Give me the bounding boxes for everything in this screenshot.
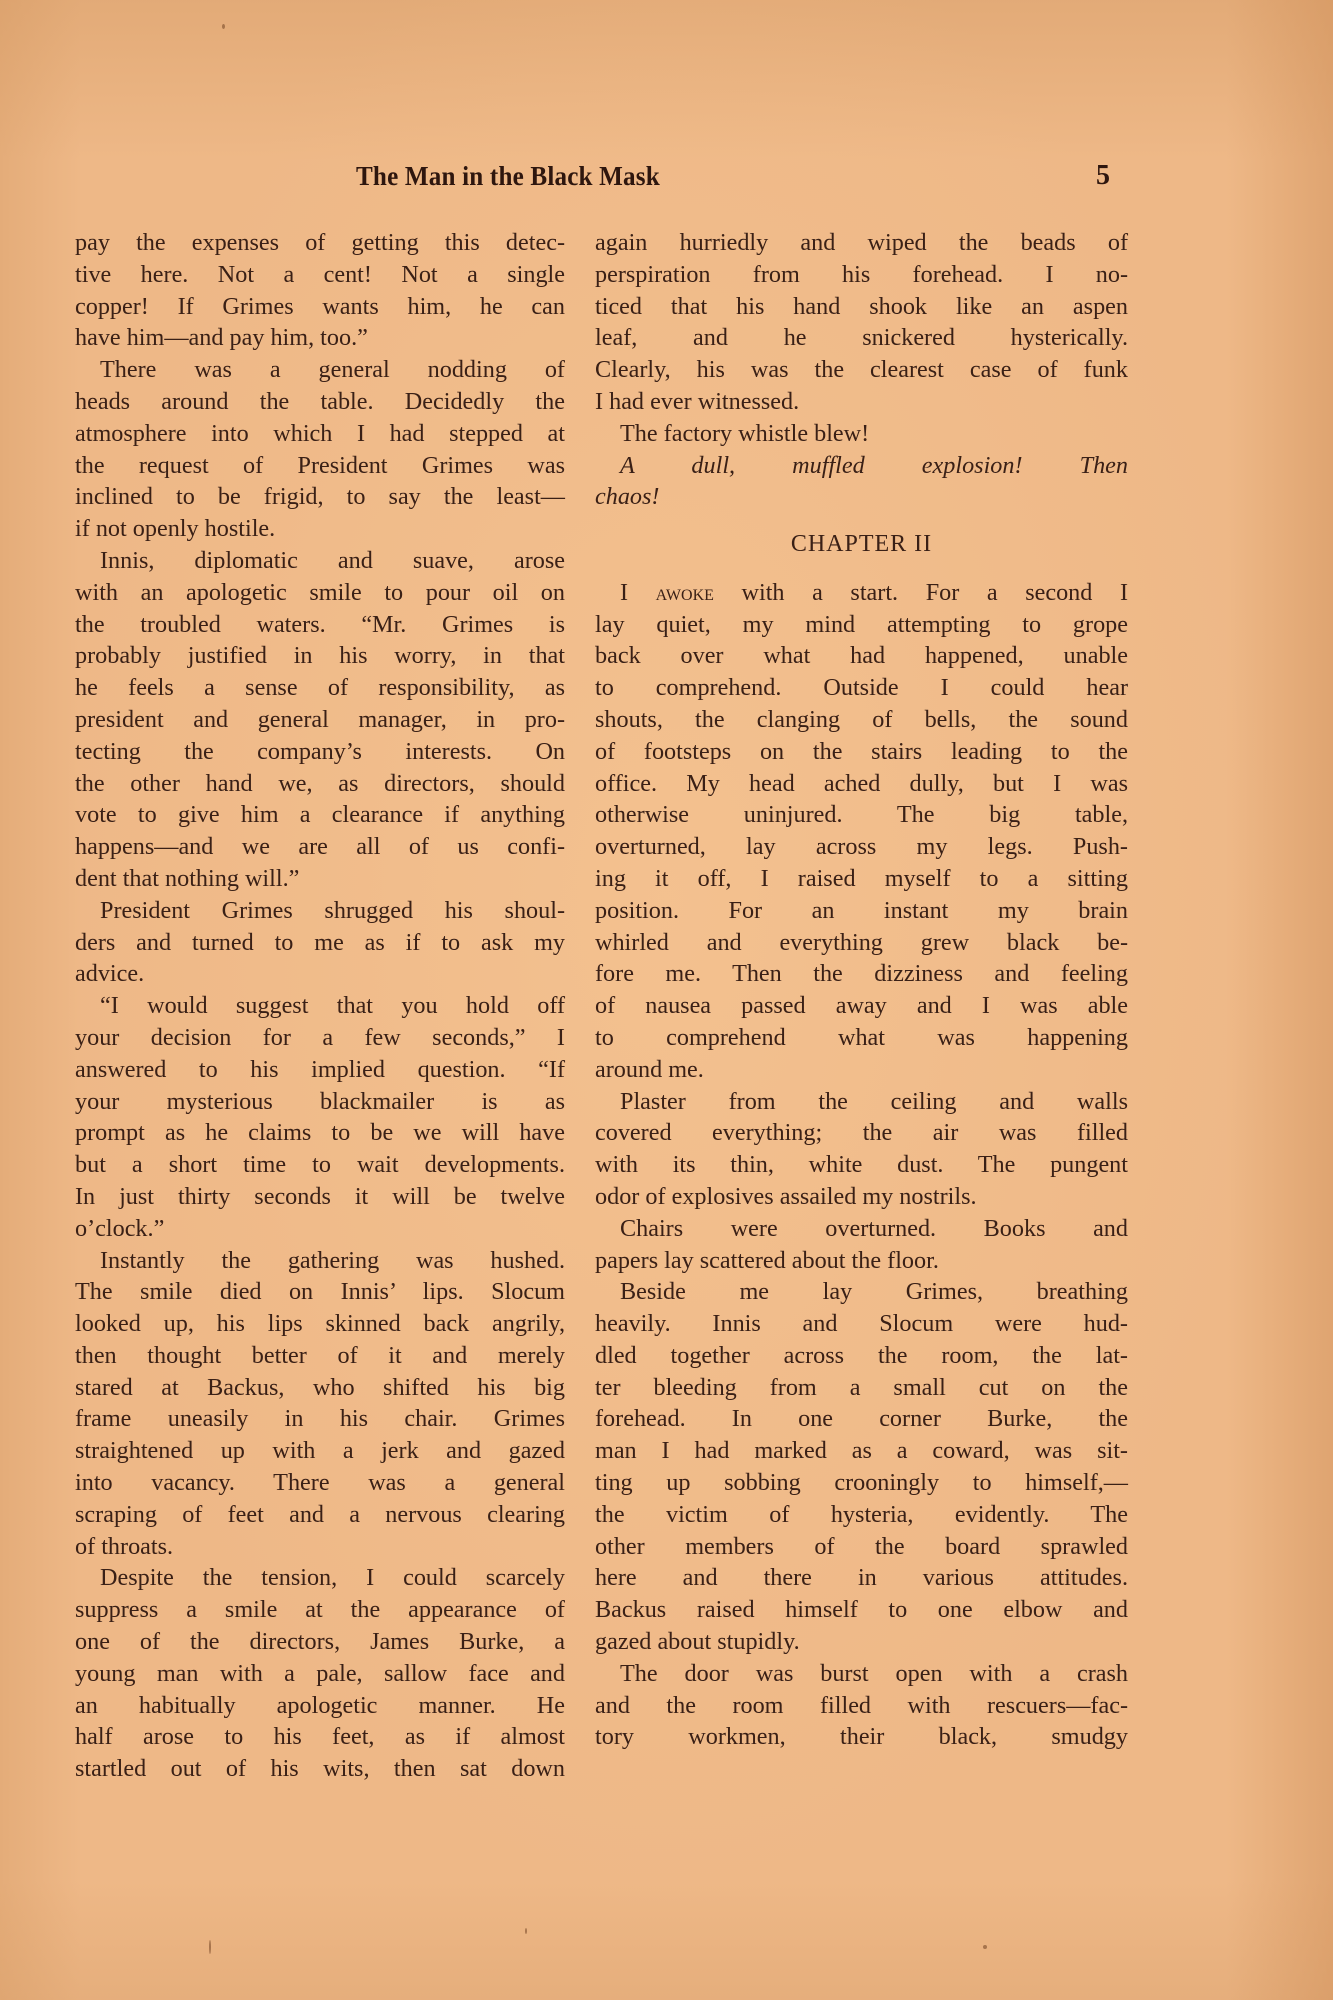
text-line: perspiration from his forehead. I no- (595, 259, 1128, 291)
text-line: The factory whistle blew! (595, 418, 1128, 450)
text-line: happens—and we are all of us confi- (75, 831, 565, 863)
text-line: chaos! (595, 481, 1128, 513)
text-line: to comprehend what was happening (595, 1022, 1128, 1054)
text-line: ting up sobbing crooningly to himself,— (595, 1467, 1128, 1499)
text-line: straightened up with a jerk and gazed (75, 1435, 565, 1467)
text-line: o’clock.” (75, 1213, 565, 1245)
text-line: Innis, diplomatic and suave, arose (75, 545, 565, 577)
text-line: again hurriedly and wiped the beads of (595, 227, 1128, 259)
text-line: back over what had happened, unable (595, 640, 1128, 672)
text-line: into vacancy. There was a general (75, 1467, 565, 1499)
text-line: Despite the tension, I could scarcely (75, 1562, 565, 1594)
text-line: overturned, lay across my legs. Push- (595, 831, 1128, 863)
text-line: position. For an instant my brain (595, 895, 1128, 927)
text-line: prompt as he claims to be we will have (75, 1117, 565, 1149)
text-line: but a short time to wait developments. (75, 1149, 565, 1181)
text-line: your mysterious blackmailer is as (75, 1086, 565, 1118)
text-line: around me. (595, 1054, 1128, 1086)
text-line: if not openly hostile. (75, 513, 565, 545)
text-line: A dull, muffled explosion! Then (595, 450, 1128, 482)
text-line: copper! If Grimes wants him, he can (75, 291, 565, 323)
text-line: scraping of feet and a nervous clearing (75, 1499, 565, 1531)
right-column: again hurriedly and wiped the beads ofpe… (595, 227, 1128, 1753)
text-line: pay the expenses of getting this detec- (75, 227, 565, 259)
chapter-opening-line: I awoke with a start. For a second I (595, 577, 1128, 609)
text-line: frame uneasily in his chair. Grimes (75, 1403, 565, 1435)
text-line: heads around the table. Decidedly the (75, 386, 565, 418)
text-line: have him—and pay him, too.” (75, 322, 565, 354)
text-line: startled out of his wits, then sat down (75, 1753, 565, 1785)
text-line: with an apologetic smile to pour oil on (75, 577, 565, 609)
text-line: covered everything; the air was filled (595, 1117, 1128, 1149)
text-line: to comprehend. Outside I could hear (595, 672, 1128, 704)
text-line: and the room filled with rescuers—fac- (595, 1690, 1128, 1722)
chapter-opening-rest: with a start. For a second I (714, 579, 1128, 606)
text-line: with its thin, white dust. The pungent (595, 1149, 1128, 1181)
text-line: the victim of hysteria, evidently. The (595, 1499, 1128, 1531)
text-line: half arose to his feet, as if almost (75, 1721, 565, 1753)
text-line: ticed that his hand shook like an aspen (595, 291, 1128, 323)
text-line: atmosphere into which I had stepped at (75, 418, 565, 450)
text-line: advice. (75, 958, 565, 990)
text-line: heavily. Innis and Slocum were hud- (595, 1308, 1128, 1340)
text-line: your decision for a few seconds,” I (75, 1022, 565, 1054)
text-line: he feels a sense of responsibility, as (75, 672, 565, 704)
text-line: of nausea passed away and I was able (595, 990, 1128, 1022)
text-line: stared at Backus, who shifted his big (75, 1372, 565, 1404)
text-line: the request of President Grimes was (75, 450, 565, 482)
text-line: dled together across the room, the lat- (595, 1340, 1128, 1372)
text-line: Chairs were overturned. Books and (595, 1213, 1128, 1245)
text-line: Instantly the gathering was hushed. (75, 1245, 565, 1277)
text-line: inclined to be frigid, to say the least— (75, 481, 565, 513)
text-line: the other hand we, as directors, should (75, 768, 565, 800)
running-title: The Man in the Black Mask (356, 161, 660, 192)
text-line: ter bleeding from a small cut on the (595, 1372, 1128, 1404)
text-line: Beside me lay Grimes, breathing (595, 1276, 1128, 1308)
text-line: looked up, his lips skinned back angrily… (75, 1308, 565, 1340)
text-line: The smile died on Innis’ lips. Slocum (75, 1276, 565, 1308)
text-line: an habitually apologetic manner. He (75, 1690, 565, 1722)
text-line: of footsteps on the stairs leading to th… (595, 736, 1128, 768)
text-line: In just thirty seconds it will be twelve (75, 1181, 565, 1213)
paper-speck (983, 1945, 987, 1949)
text-line: tecting the company’s interests. On (75, 736, 565, 768)
text-line: forehead. In one corner Burke, the (595, 1403, 1128, 1435)
paper-speck (209, 1940, 211, 1954)
text-line: here and there in various attitudes. (595, 1562, 1128, 1594)
text-line: other members of the board sprawled (595, 1531, 1128, 1563)
text-line: fore me. Then the dizziness and feeling (595, 958, 1128, 990)
book-page: The Man in the Black Mask 5 pay the expe… (0, 0, 1333, 2000)
text-line: ing it off, I raised myself to a sitting (595, 863, 1128, 895)
text-line: Plaster from the ceiling and walls (595, 1086, 1128, 1118)
text-line: I had ever witnessed. (595, 386, 1128, 418)
text-line: whirled and everything grew black be- (595, 927, 1128, 959)
text-line: “I would suggest that you hold off (75, 990, 565, 1022)
text-line: the troubled waters. “Mr. Grimes is (75, 609, 565, 641)
text-line: suppress a smile at the appearance of (75, 1594, 565, 1626)
text-line: tory workmen, their black, smudgy (595, 1721, 1128, 1753)
text-line: probably justified in his worry, in that (75, 640, 565, 672)
text-line: shouts, the clanging of bells, the sound (595, 704, 1128, 736)
text-line: dent that nothing will.” (75, 863, 565, 895)
text-line: Clearly, his was the clearest case of fu… (595, 354, 1128, 386)
left-column: pay the expenses of getting this detec-t… (75, 227, 565, 1785)
text-line: vote to give him a clearance if anything (75, 799, 565, 831)
text-line: There was a general nodding of (75, 354, 565, 386)
text-line: answered to his implied question. “If (75, 1054, 565, 1086)
text-line: office. My head ached dully, but I was (595, 768, 1128, 800)
chapter-heading: CHAPTER II (595, 513, 1128, 577)
text-line: ders and turned to me as if to ask my (75, 927, 565, 959)
text-line: man I had marked as a coward, was sit- (595, 1435, 1128, 1467)
text-line: President Grimes shrugged his shoul- (75, 895, 565, 927)
chapter-opening-initial: I (620, 579, 628, 606)
text-line: Backus raised himself to one elbow and (595, 1594, 1128, 1626)
paper-speck (222, 24, 225, 29)
page-number: 5 (1096, 160, 1110, 192)
text-line: president and general manager, in pro- (75, 704, 565, 736)
paper-speck (525, 1928, 527, 1934)
text-line: papers lay scattered about the floor. (595, 1245, 1128, 1277)
text-line: leaf, and he snickered hysterically. (595, 322, 1128, 354)
text-line: then thought better of it and merely (75, 1340, 565, 1372)
text-line: lay quiet, my mind attempting to grope (595, 609, 1128, 641)
text-line: gazed about stupidly. (595, 1626, 1128, 1658)
text-line: of throats. (75, 1531, 565, 1563)
text-line: otherwise uninjured. The big table, (595, 799, 1128, 831)
text-line: young man with a pale, sallow face and (75, 1658, 565, 1690)
text-line: tive here. Not a cent! Not a single (75, 259, 565, 291)
text-line: The door was burst open with a crash (595, 1658, 1128, 1690)
text-line: one of the directors, James Burke, a (75, 1626, 565, 1658)
text-line: odor of explosives assailed my nostrils. (595, 1181, 1128, 1213)
chapter-opening-smallcaps: awoke (656, 580, 714, 605)
